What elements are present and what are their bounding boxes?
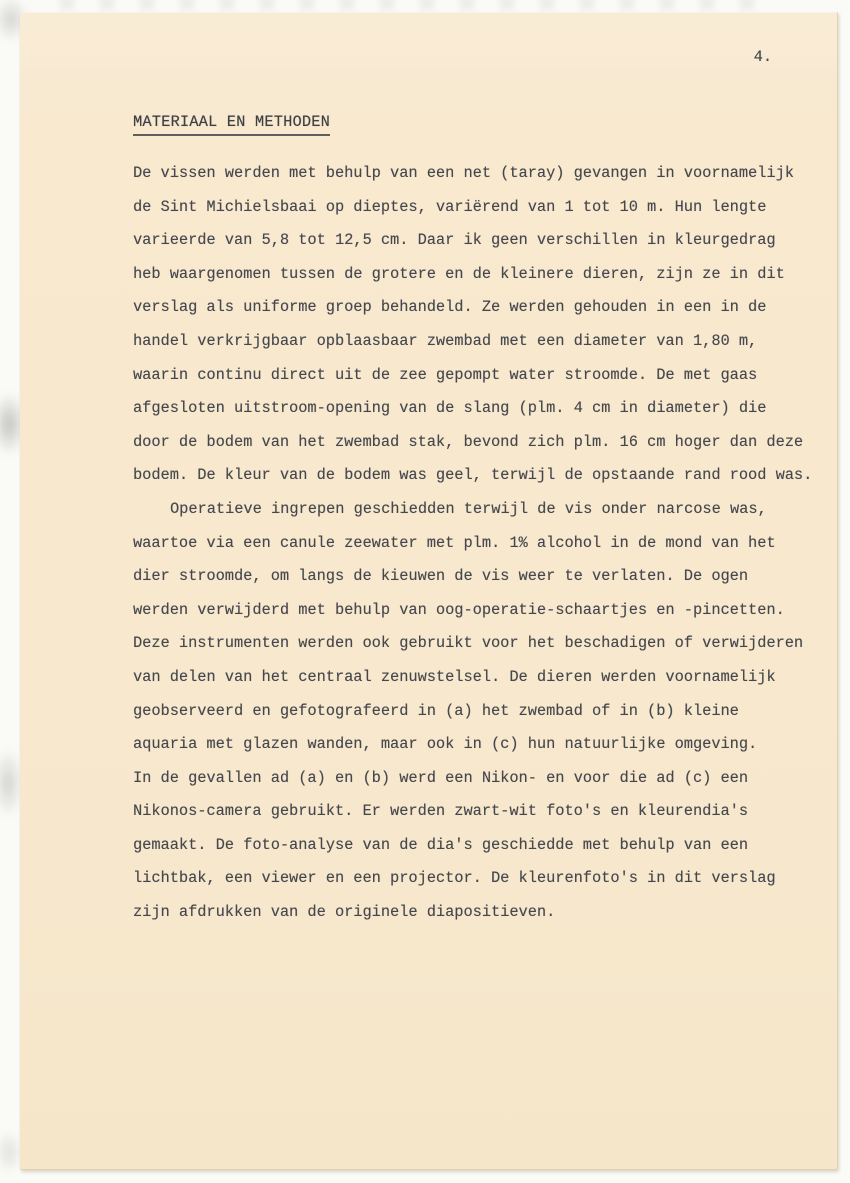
text-line: In de gevallen ad (a) en (b) werd een Ni… bbox=[133, 762, 825, 796]
section-heading: MATERIAAL EN METHODEN bbox=[133, 113, 330, 136]
scanner-smudge bbox=[60, 0, 760, 10]
text-line: door de bodem van het zwembad stak, bevo… bbox=[133, 426, 825, 460]
text-line: bodem. De kleur van de bodem was geel, t… bbox=[133, 459, 825, 493]
text-line: varieerde van 5,8 tot 12,5 cm. Daar ik g… bbox=[133, 224, 825, 258]
text-line: heb waargenomen tussen de grotere en de … bbox=[133, 258, 825, 292]
text-line: Operatieve ingrepen geschiedden terwijl … bbox=[133, 493, 825, 527]
text-line: handel verkrijgbaar opblaasbaar zwembad … bbox=[133, 325, 825, 359]
document-page: 4. MATERIAAL EN METHODEN De vissen werde… bbox=[20, 12, 838, 1170]
paragraph: Operatieve ingrepen geschiedden terwijl … bbox=[133, 493, 825, 930]
text-line: De vissen werden met behulp van een net … bbox=[133, 157, 825, 191]
text-line: zijn afdrukken van de originele diaposit… bbox=[133, 896, 825, 930]
page-number: 4. bbox=[754, 48, 772, 66]
text-line: van delen van het centraal zenuwstelsel.… bbox=[133, 661, 825, 695]
text-line: waarin continu direct uit de zee gepompt… bbox=[133, 359, 825, 393]
scanner-smudge bbox=[0, 1130, 22, 1174]
text-line: dier stroomde, om langs de kieuwen de vi… bbox=[133, 560, 825, 594]
text-line: geobserveerd en gefotografeerd in (a) he… bbox=[133, 695, 825, 729]
text-line: lichtbak, een viewer en een projector. D… bbox=[133, 862, 825, 896]
text-line: verslag als uniforme groep behandeld. Ze… bbox=[133, 291, 825, 325]
paragraph: De vissen werden met behulp van een net … bbox=[133, 157, 825, 493]
text-line: werden verwijderd met behulp van oog-ope… bbox=[133, 594, 825, 628]
text-line: Deze instrumenten werden ook gebruikt vo… bbox=[133, 627, 825, 661]
text-line: de Sint Michielsbaai op dieptes, variëre… bbox=[133, 191, 825, 225]
text-line: afgesloten uitstroom-opening van de slan… bbox=[133, 392, 825, 426]
text-line: aquaria met glazen wanden, maar ook in (… bbox=[133, 728, 825, 762]
text-line: gemaakt. De foto-analyse van de dia's ge… bbox=[133, 829, 825, 863]
text-line: waartoe via een canule zeewater met plm.… bbox=[133, 527, 825, 561]
document-body: De vissen werden met behulp van een net … bbox=[133, 157, 825, 930]
text-line: Nikonos-camera gebruikt. Er werden zwart… bbox=[133, 795, 825, 829]
